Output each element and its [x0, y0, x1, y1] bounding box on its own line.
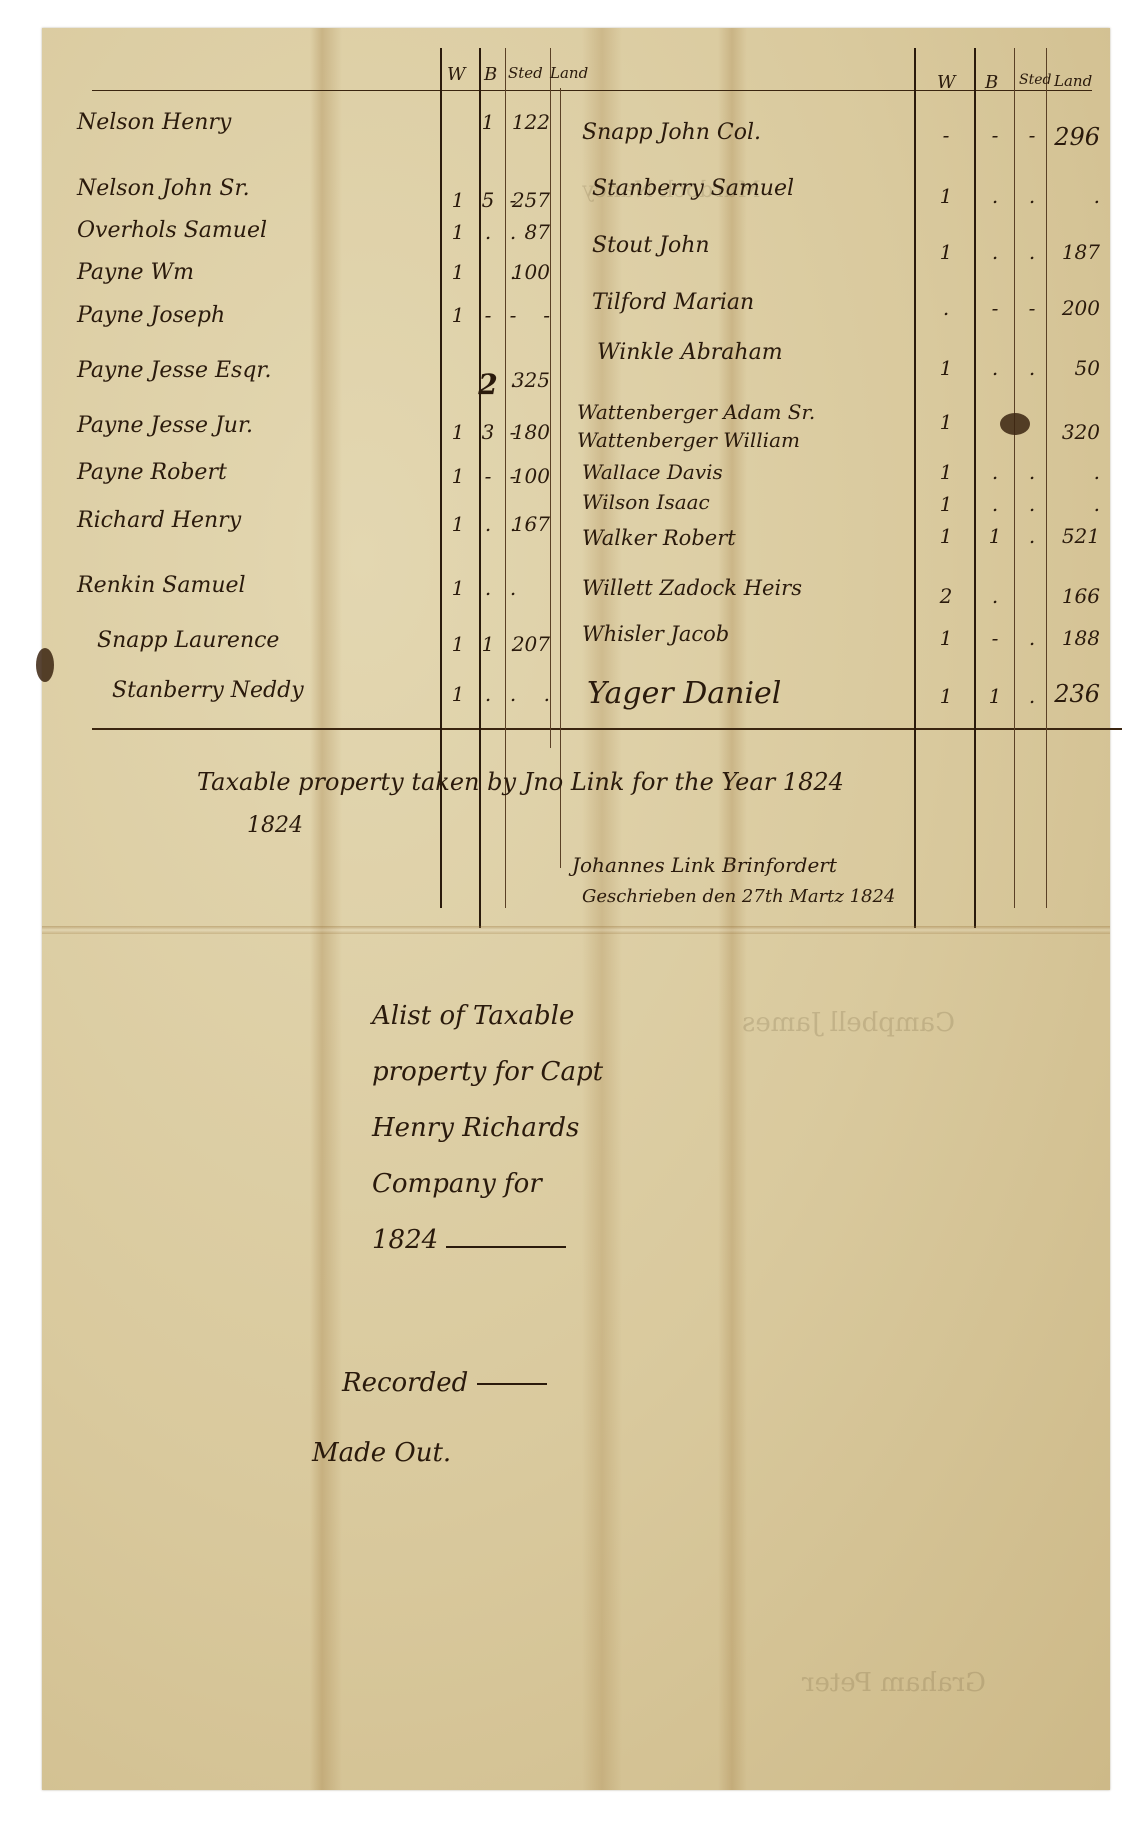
w-value: 1: [930, 356, 962, 380]
land-value: 50: [1052, 356, 1100, 380]
w-value: 1: [930, 410, 962, 434]
docket-line: property for Capt: [372, 1044, 603, 1100]
taxpayer-name: Nelson John Sr.: [77, 176, 250, 201]
ink-stain: [36, 648, 54, 682]
taxpayer-name: Payne Joseph: [77, 303, 225, 328]
w-value: 1: [930, 240, 962, 264]
b-value: .: [979, 492, 1011, 516]
land-value: 100: [502, 260, 550, 284]
taxpayer-name: Nelson Henry: [77, 110, 231, 135]
taxpayer-name: Whisler Jacob: [582, 622, 729, 646]
w-value: 1: [442, 632, 474, 656]
taxpayer-name: Wilson Isaac: [582, 490, 710, 514]
taxpayer-name: Tilford Marian: [592, 290, 754, 315]
w-value: 1: [442, 464, 474, 488]
taxpayer-name: Renkin Samuel: [77, 573, 246, 598]
w-value: 1: [442, 682, 474, 706]
sted-value: .: [1016, 492, 1048, 516]
land-value: 236: [1052, 680, 1100, 708]
sted-value: .: [497, 576, 529, 600]
taxpayer-name: Snapp Laurence: [97, 628, 279, 653]
document-page: Murdock Nancy Campbell James Graham Pete…: [42, 28, 1110, 1790]
sted-value: .: [1016, 684, 1048, 708]
column-rule: [1014, 48, 1015, 908]
column-header-sted: Sted: [1019, 72, 1051, 88]
sted-value: .: [1016, 240, 1048, 264]
taxpayer-name: Richard Henry: [77, 508, 241, 533]
b-value: -: [979, 626, 1011, 650]
w-value: 1: [930, 524, 962, 548]
fold-crease: [42, 926, 1110, 934]
b-value: -: [979, 296, 1011, 320]
sted-value: .: [1016, 460, 1048, 484]
land-value: .: [1052, 460, 1100, 484]
column-header-b: B: [484, 64, 497, 85]
sted-value: -: [1016, 123, 1048, 147]
w-value: 1: [930, 184, 962, 208]
w-value: 1: [930, 684, 962, 708]
column-rule: [974, 48, 976, 928]
taxpayer-name: Wallace Davis: [582, 460, 723, 484]
sted-value: .: [1016, 524, 1048, 548]
taxpayer-name: Wattenberger Adam Sr.: [577, 400, 815, 424]
record-notes: Recorded Made Out.: [342, 1348, 547, 1488]
taxpayer-name: Payne Jesse Jur.: [77, 413, 253, 438]
taxpayer-name: Snapp John Col.: [582, 120, 761, 145]
land-value: 166: [1052, 584, 1100, 608]
w-value: 1: [930, 492, 962, 516]
taxpayer-name: Wattenberger William: [577, 428, 800, 452]
land-value: .: [1052, 184, 1100, 208]
land-value: .: [1052, 492, 1100, 516]
land-value: 257: [502, 188, 550, 212]
land-value: 320: [1052, 420, 1100, 444]
w-value: -: [930, 123, 962, 147]
column-rule: [560, 88, 561, 868]
column-header-w: W: [447, 64, 466, 85]
land-value: 167: [502, 512, 550, 536]
w-value: 1: [442, 188, 474, 212]
column-header-w: W: [937, 72, 956, 93]
note-made-out: Made Out.: [312, 1418, 547, 1488]
w-value: .: [930, 296, 962, 320]
bleed-through-text: Campbell James: [742, 1008, 955, 1038]
column-rule: [479, 48, 481, 928]
footer-statement: Taxable property taken by Jno Link for t…: [197, 768, 844, 796]
land-value: 188: [1052, 626, 1100, 650]
w-value: 1: [930, 460, 962, 484]
land-value: 296: [1052, 123, 1100, 151]
land-value: 122: [502, 110, 550, 134]
sted-value: .: [1016, 356, 1048, 380]
column-rule: [914, 48, 916, 928]
land-value: -: [502, 303, 550, 327]
column-header-land: Land: [1054, 72, 1092, 90]
b-value: 1: [472, 110, 504, 134]
w-value: 1: [442, 512, 474, 536]
bleed-through-text: Graham Peter: [802, 1668, 986, 1698]
table-bottom-rule: [92, 728, 1122, 730]
land-value: 187: [1052, 240, 1100, 264]
column-header-land: Land: [550, 64, 588, 82]
underline: [477, 1383, 547, 1385]
signature-date: Geschrieben den 27th Martz 1824: [582, 886, 895, 907]
taxpayer-name: Winkle Abraham: [597, 340, 783, 365]
docket-line: Company for: [372, 1156, 603, 1212]
w-value: 1: [930, 626, 962, 650]
w-value: 1: [442, 420, 474, 444]
sted-value: -: [1016, 296, 1048, 320]
b-value: -: [979, 123, 1011, 147]
land-value: .: [502, 682, 550, 706]
land-value: 207: [502, 632, 550, 656]
taxpayer-name: Yager Daniel: [587, 676, 781, 711]
land-value: 521: [1052, 524, 1100, 548]
docket-note: Alist of Taxable property for Capt Henry…: [372, 988, 603, 1268]
land-value: 200: [1052, 296, 1100, 320]
land-value: 325: [502, 368, 550, 392]
ink-blot: [1000, 413, 1030, 435]
w-value: 1: [442, 303, 474, 327]
taxpayer-name: Stanberry Samuel: [592, 176, 794, 201]
land-value: 87: [502, 220, 550, 244]
taxpayer-name: Overhols Samuel: [77, 218, 267, 243]
column-header-sted: Sted: [508, 64, 543, 82]
docket-line: Alist of Taxable: [372, 988, 603, 1044]
docket-year: 1824: [372, 1225, 438, 1255]
w-value: 2: [930, 584, 962, 608]
taxpayer-name: Payne Robert: [77, 460, 227, 485]
b-value: 1: [979, 684, 1011, 708]
b-value: .: [979, 184, 1011, 208]
note-recorded: Recorded: [342, 1348, 547, 1418]
signature: Johannes Link Brinfordert: [572, 853, 837, 877]
taxpayer-name: Payne Wm: [77, 260, 194, 285]
b-value: .: [979, 240, 1011, 264]
docket-line: Henry Richards: [372, 1100, 603, 1156]
w-value: 1: [442, 220, 474, 244]
b-value: .: [979, 584, 1011, 608]
land-value: 180: [502, 420, 550, 444]
taxpayer-name: Willett Zadock Heirs: [582, 576, 802, 600]
taxpayer-name: Stanberry Neddy: [112, 678, 304, 703]
taxpayer-name: Payne Jesse Esqr.: [77, 358, 272, 383]
sted-value: .: [1016, 184, 1048, 208]
footer-year: 1824: [247, 813, 303, 838]
taxpayer-name: Stout John: [592, 233, 710, 258]
note-text: Recorded: [342, 1368, 468, 1398]
b-value: .: [979, 460, 1011, 484]
w-value: 1: [442, 260, 474, 284]
column-header-b: B: [985, 72, 998, 93]
column-rule: [550, 48, 551, 748]
docket-line: 1824: [372, 1212, 603, 1268]
b-value: .: [979, 356, 1011, 380]
b-value: 1: [979, 524, 1011, 548]
sted-value: .: [1016, 626, 1048, 650]
w-value: 1: [442, 576, 474, 600]
taxpayer-name: Walker Robert: [582, 526, 736, 550]
land-value: 100: [502, 464, 550, 488]
underline: [446, 1246, 566, 1248]
